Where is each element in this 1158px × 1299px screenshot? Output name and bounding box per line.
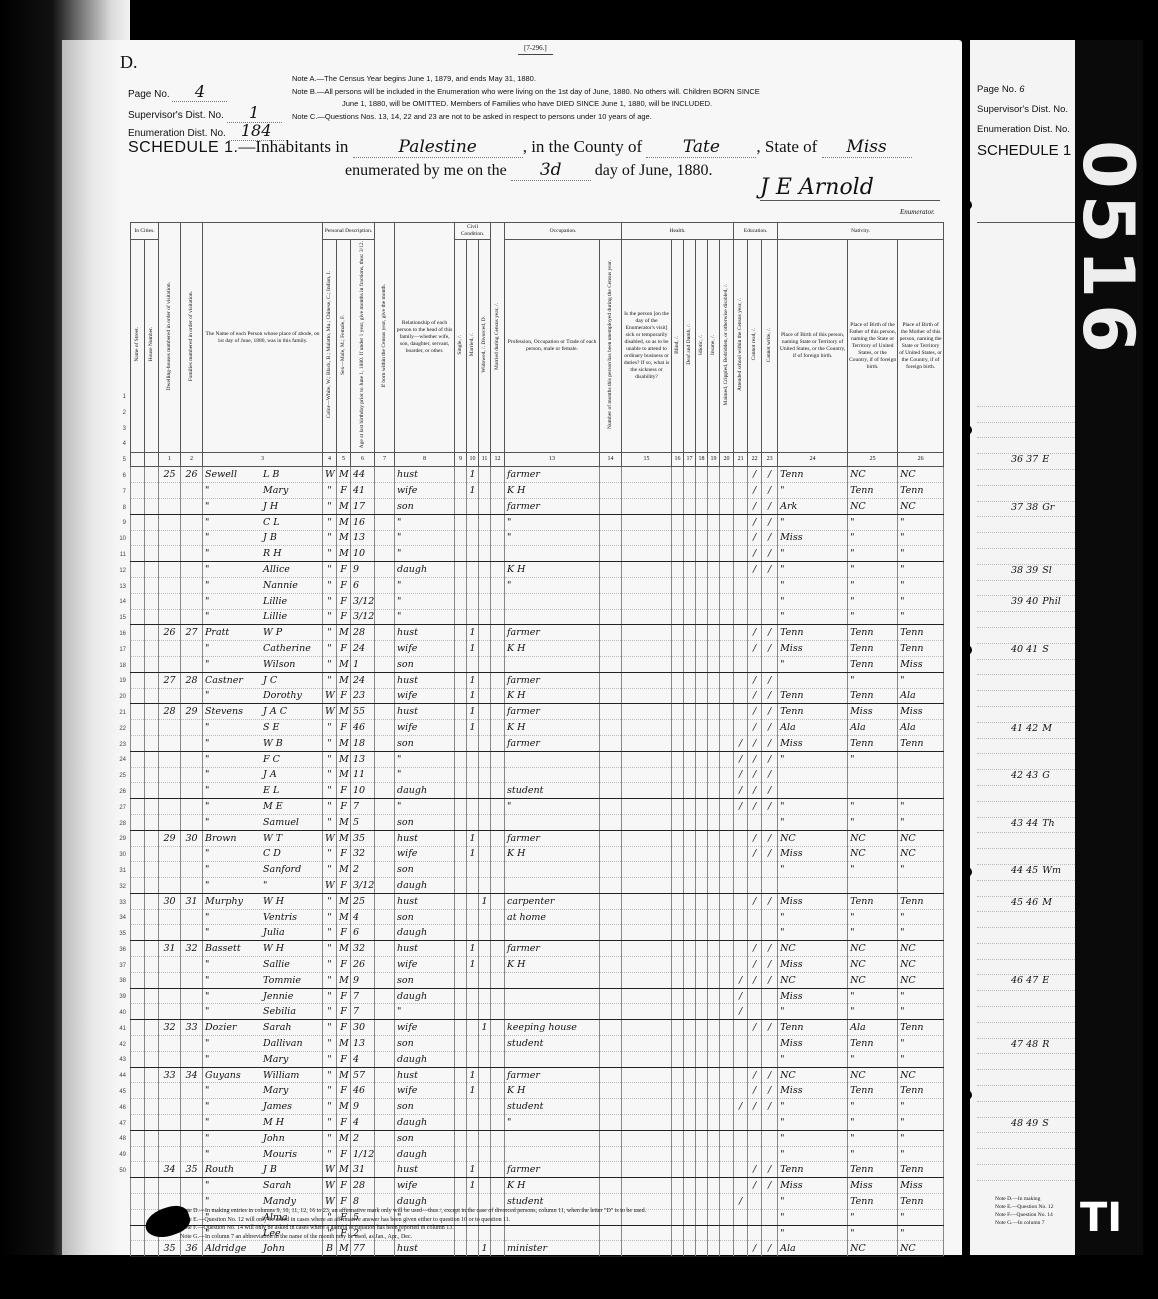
person-name: "Wilson xyxy=(203,656,323,672)
cell-read: / xyxy=(748,783,762,799)
cell-blind xyxy=(672,672,684,688)
cell-mother: " xyxy=(898,988,944,1004)
cell-blank xyxy=(131,830,145,846)
cell-maimed xyxy=(720,1051,734,1067)
cell-deaf xyxy=(684,830,696,846)
header-street: Name of Street. xyxy=(131,240,145,453)
cell-sickness xyxy=(622,1115,672,1131)
cell-deaf xyxy=(684,1036,696,1052)
cell-deaf xyxy=(684,672,696,688)
cell-widowed xyxy=(479,625,491,641)
cell-relation: daugh xyxy=(395,925,455,941)
cell-idiotic xyxy=(696,972,708,988)
cell-married-year xyxy=(491,893,505,909)
cell-read xyxy=(748,656,762,672)
cell-sickness xyxy=(622,593,672,609)
cell-married-year xyxy=(491,546,505,562)
day-value: 3d xyxy=(511,160,591,181)
cell-relation: son xyxy=(395,735,455,751)
person-name: RouthJ B xyxy=(203,1162,323,1178)
cell-relation: hust xyxy=(395,941,455,957)
cell-color: W xyxy=(323,688,337,704)
cell-blank xyxy=(131,1194,145,1210)
cell-color: " xyxy=(323,1036,337,1052)
cell-widowed xyxy=(479,846,491,862)
cell-relation: wife xyxy=(395,720,455,736)
cell-idiotic xyxy=(696,498,708,514)
cell-sickness xyxy=(622,972,672,988)
cell-maimed xyxy=(720,1178,734,1194)
line-number: 21 xyxy=(112,706,126,722)
person-name: BrownW T xyxy=(203,830,323,846)
cell-write: / xyxy=(762,735,778,751)
cell-read xyxy=(748,862,762,878)
cell-family xyxy=(181,656,203,672)
cell-write: / xyxy=(762,530,778,546)
cell-blank xyxy=(145,1020,159,1036)
cell-birth: Miss xyxy=(778,1178,848,1194)
cell-father: NC xyxy=(848,1067,898,1083)
cell-sickness xyxy=(622,783,672,799)
cell-blank xyxy=(145,925,159,941)
cell-blank xyxy=(145,1241,159,1257)
cell-married-year xyxy=(491,688,505,704)
cell-occupation: minister xyxy=(505,1241,600,1257)
cell-married: 1 xyxy=(467,957,479,973)
group-nativity: Nativity. xyxy=(778,223,944,240)
cell-family xyxy=(181,688,203,704)
table-row: "Mary"F4daugh""" xyxy=(131,1051,949,1067)
cell-blind xyxy=(672,972,684,988)
cell-dwelling: 34 xyxy=(159,1162,181,1178)
cell-married xyxy=(467,909,479,925)
cell-age: 13 xyxy=(351,1036,375,1052)
cell-single xyxy=(455,1130,467,1146)
note-b-cont: June 1, 1880, will be OMITTED. Members o… xyxy=(292,98,760,111)
cell-widowed xyxy=(479,735,491,751)
cell-family xyxy=(181,1004,203,1020)
cell-maimed xyxy=(720,751,734,767)
line-number: 28 xyxy=(112,817,126,833)
cell-unemployed xyxy=(600,593,622,609)
cell-color: W xyxy=(323,1178,337,1194)
cell-dwelling xyxy=(159,656,181,672)
cell-father: NC xyxy=(848,957,898,973)
cell-single xyxy=(455,1162,467,1178)
line-number: 10 xyxy=(112,532,126,548)
cell-unemployed xyxy=(600,625,622,641)
enumeration-date-line: enumerated by me on the 3d day of June, … xyxy=(345,160,712,181)
cell-read: / xyxy=(748,672,762,688)
cell-family xyxy=(181,514,203,530)
cell-dwelling xyxy=(159,483,181,499)
cell-color: " xyxy=(323,546,337,562)
cell-father: " xyxy=(848,751,898,767)
cell-blind xyxy=(672,625,684,641)
cell-insane xyxy=(708,1083,720,1099)
adjacent-row xyxy=(977,1102,1075,1118)
cell-idiotic xyxy=(696,720,708,736)
cell-sex: F xyxy=(337,483,351,499)
cell-insane xyxy=(708,1020,720,1036)
cell-dwelling xyxy=(159,530,181,546)
cell-color: " xyxy=(323,846,337,862)
cell-deaf xyxy=(684,562,696,578)
header-maimed: Maimed, Crippled, Bedridden, or otherwis… xyxy=(720,240,734,453)
cell-deaf xyxy=(684,625,696,641)
cell-blind xyxy=(672,546,684,562)
cell-deaf xyxy=(684,988,696,1004)
cell-idiotic xyxy=(696,1051,708,1067)
cell-mother: " xyxy=(898,577,944,593)
cell-relation: wife xyxy=(395,483,455,499)
cell-dwelling xyxy=(159,1178,181,1194)
cell-sickness xyxy=(622,1083,672,1099)
cell-birth: Miss xyxy=(778,1083,848,1099)
adjacent-row xyxy=(977,881,1075,897)
table-row: "C D"F32wife1K H//MissNCNC xyxy=(131,846,949,862)
cell-school xyxy=(734,862,748,878)
cell-married-year xyxy=(491,641,505,657)
cell-sickness xyxy=(622,925,672,941)
cell-idiotic xyxy=(696,593,708,609)
cell-write xyxy=(762,909,778,925)
cell-father: Tenn xyxy=(848,735,898,751)
column-number: 18 xyxy=(696,453,708,467)
cell-married: 1 xyxy=(467,625,479,641)
form-code: [7-296.] xyxy=(518,44,553,55)
cell-maimed xyxy=(720,941,734,957)
column-number: 24 xyxy=(778,453,848,467)
cell-occupation xyxy=(505,972,600,988)
cell-blank xyxy=(145,546,159,562)
cell-single xyxy=(455,909,467,925)
cell-unemployed xyxy=(600,1004,622,1020)
footnote-d: Note D.—In making entries in columns 9, … xyxy=(180,1207,646,1216)
cell-age: 13 xyxy=(351,530,375,546)
cell-unemployed xyxy=(600,862,622,878)
cell-birth-month xyxy=(375,1162,395,1178)
cell-married xyxy=(467,656,479,672)
cell-birth: " xyxy=(778,593,848,609)
cell-sickness xyxy=(622,862,672,878)
cell-insane xyxy=(708,830,720,846)
table-row: "F C"M13"///"" xyxy=(131,751,949,767)
cell-family: 35 xyxy=(181,1162,203,1178)
cell-father: Miss xyxy=(848,704,898,720)
cell-deaf xyxy=(684,1004,696,1020)
cell-family xyxy=(181,577,203,593)
cell-age: 13 xyxy=(351,751,375,767)
cell-unemployed xyxy=(600,498,622,514)
cell-maimed xyxy=(720,546,734,562)
cell-write xyxy=(762,1146,778,1162)
cell-maimed xyxy=(720,814,734,830)
cell-occupation: K H xyxy=(505,957,600,973)
cell-write: / xyxy=(762,688,778,704)
cell-father xyxy=(848,767,898,783)
cell-relation: wife xyxy=(395,1083,455,1099)
cell-maimed xyxy=(720,1209,734,1225)
cell-unemployed xyxy=(600,1036,622,1052)
county-label: , in the County of xyxy=(523,137,642,156)
cell-widowed xyxy=(479,562,491,578)
cell-color: " xyxy=(323,972,337,988)
cell-widowed: 1 xyxy=(479,1020,491,1036)
cell-blank xyxy=(145,972,159,988)
cell-color: " xyxy=(323,609,337,625)
cell-occupation: K H xyxy=(505,720,600,736)
table-row: "R H"M10"//""" xyxy=(131,546,949,562)
cell-maimed xyxy=(720,1225,734,1241)
cell-blind xyxy=(672,925,684,941)
cell-blank xyxy=(145,909,159,925)
cell-birth: Miss xyxy=(778,735,848,751)
line-number: 27 xyxy=(112,801,126,817)
cell-dwelling: 35 xyxy=(159,1241,181,1257)
cell-maimed xyxy=(720,593,734,609)
cell-idiotic xyxy=(696,1194,708,1210)
cell-birth-month xyxy=(375,814,395,830)
adjacent-row xyxy=(977,581,1075,597)
table-row: "J B"M13""//Miss"" xyxy=(131,530,949,546)
table-row: "SarahWF28wife1K H//MissMissMiss xyxy=(131,1178,949,1194)
column-number: 7 xyxy=(375,453,395,467)
cell-write: / xyxy=(762,846,778,862)
cell-widowed xyxy=(479,783,491,799)
cell-blank xyxy=(145,1178,159,1194)
cell-married-year xyxy=(491,593,505,609)
cell-birth xyxy=(778,767,848,783)
cell-sickness xyxy=(622,1020,672,1036)
cell-insane xyxy=(708,972,720,988)
cell-relation: hust xyxy=(395,672,455,688)
cell-married-year xyxy=(491,704,505,720)
cell-unemployed xyxy=(600,988,622,1004)
cell-blind xyxy=(672,641,684,657)
cell-write xyxy=(762,1209,778,1225)
cell-mother: Miss xyxy=(898,704,944,720)
cell-birth-month xyxy=(375,957,395,973)
cell-blank xyxy=(131,972,145,988)
cell-birth: " xyxy=(778,925,848,941)
cell-birth-month xyxy=(375,846,395,862)
cell-blank xyxy=(145,1099,159,1115)
cell-blank xyxy=(131,1051,145,1067)
cell-married-year xyxy=(491,988,505,1004)
group-in-cities: In Cities. xyxy=(131,223,159,240)
cell-unemployed xyxy=(600,1178,622,1194)
cell-write: / xyxy=(762,972,778,988)
cell-blank xyxy=(131,1004,145,1020)
cell-family: 30 xyxy=(181,830,203,846)
cell-birth-month xyxy=(375,577,395,593)
person-name: "Sebilia xyxy=(203,1004,323,1020)
cell-sex: F xyxy=(337,1146,351,1162)
cell-sex: F xyxy=(337,641,351,657)
cell-occupation: farmer xyxy=(505,1162,600,1178)
line-number: 6 xyxy=(112,469,126,485)
cell-school: / xyxy=(734,783,748,799)
cell-birth: Miss xyxy=(778,988,848,1004)
cell-insane xyxy=(708,514,720,530)
cell-write: / xyxy=(762,1020,778,1036)
cell-relation: hust xyxy=(395,1162,455,1178)
cell-relation: son xyxy=(395,972,455,988)
cell-color: " xyxy=(323,498,337,514)
column-number: 17 xyxy=(684,453,696,467)
cell-dwelling: 31 xyxy=(159,941,181,957)
cell-blank xyxy=(145,862,159,878)
cell-birth-month xyxy=(375,656,395,672)
line-number: 35 xyxy=(112,927,126,943)
footnote-g: Note G.—In column 7 an abbreviation in t… xyxy=(180,1233,646,1242)
line-number: 41 xyxy=(112,1022,126,1038)
cell-blank xyxy=(131,767,145,783)
cell-unemployed xyxy=(600,846,622,862)
cell-color: " xyxy=(323,1051,337,1067)
column-number: 25 xyxy=(848,453,898,467)
cell-relation: hust xyxy=(395,625,455,641)
cell-father xyxy=(848,783,898,799)
cell-insane xyxy=(708,467,720,483)
state-label: , State of xyxy=(756,137,817,156)
table-row: "Mouris"F1/12daugh""" xyxy=(131,1146,949,1162)
cell-occupation xyxy=(505,1130,600,1146)
line-number: 19 xyxy=(112,674,126,690)
cell-married-year xyxy=(491,878,505,894)
cell-single xyxy=(455,1178,467,1194)
cell-father: NC xyxy=(848,941,898,957)
cell-blank xyxy=(145,830,159,846)
cell-sex: M xyxy=(337,546,351,562)
header-cannot-write: Cannot write, /. xyxy=(762,240,778,453)
cell-blank xyxy=(131,1020,145,1036)
cell-maimed xyxy=(720,957,734,973)
cell-idiotic xyxy=(696,878,708,894)
cell-school xyxy=(734,1209,748,1225)
cell-single xyxy=(455,1083,467,1099)
cell-maimed xyxy=(720,1099,734,1115)
cell-married xyxy=(467,1020,479,1036)
cell-sickness xyxy=(622,1162,672,1178)
cell-sex: M xyxy=(337,941,351,957)
cell-insane xyxy=(708,1225,720,1241)
cell-married-year xyxy=(491,862,505,878)
cell-relation: hust xyxy=(395,830,455,846)
cell-write xyxy=(762,1004,778,1020)
cell-married-year xyxy=(491,799,505,815)
cell-unemployed xyxy=(600,1162,622,1178)
cell-relation: " xyxy=(395,767,455,783)
header-age: Age at last birthday prior to June 1, 18… xyxy=(351,240,375,453)
cell-single xyxy=(455,704,467,720)
binder-hole xyxy=(962,200,972,210)
line-number: 38 xyxy=(112,974,126,990)
adjacent-row: 41 42M xyxy=(977,723,1075,739)
cell-deaf xyxy=(684,1162,696,1178)
cell-blank xyxy=(131,862,145,878)
cell-occupation xyxy=(505,1004,600,1020)
cell-sickness xyxy=(622,830,672,846)
cell-family xyxy=(181,1051,203,1067)
cell-birth: " xyxy=(778,1115,848,1131)
cell-blind xyxy=(672,1194,684,1210)
cell-blank xyxy=(131,1099,145,1115)
cell-blind xyxy=(672,498,684,514)
adjacent-row xyxy=(977,407,1075,423)
adjacent-row: 38 39Sl xyxy=(977,565,1075,581)
cell-color: W xyxy=(323,1162,337,1178)
cell-occupation: K H xyxy=(505,688,600,704)
line-number: 23 xyxy=(112,738,126,754)
cell-write: / xyxy=(762,514,778,530)
cell-family xyxy=(181,735,203,751)
cell-sickness xyxy=(622,609,672,625)
cell-family xyxy=(181,862,203,878)
cell-read: / xyxy=(748,1083,762,1099)
cell-blind xyxy=(672,1067,684,1083)
cell-relation: " xyxy=(395,751,455,767)
adjacent-row xyxy=(977,802,1075,818)
cell-mother xyxy=(898,783,944,799)
cell-maimed xyxy=(720,514,734,530)
cell-family xyxy=(181,1115,203,1131)
cell-birth-month xyxy=(375,783,395,799)
cell-dwelling xyxy=(159,641,181,657)
cell-read: / xyxy=(748,498,762,514)
table-row: "James"M9sonstudent///""" xyxy=(131,1099,949,1115)
cell-insane xyxy=(708,530,720,546)
cell-sex: M xyxy=(337,467,351,483)
cell-insane xyxy=(708,672,720,688)
cell-idiotic xyxy=(696,1067,708,1083)
cell-married-year xyxy=(491,530,505,546)
table-row: 2930BrownW TWM35hust1farmer//NCNCNC xyxy=(131,830,949,846)
cell-school xyxy=(734,593,748,609)
cell-unemployed xyxy=(600,467,622,483)
cell-read: / xyxy=(748,799,762,815)
cell-birth: Miss xyxy=(778,846,848,862)
adjacent-row xyxy=(977,849,1075,865)
cell-dwelling: 33 xyxy=(159,1067,181,1083)
cell-school xyxy=(734,641,748,657)
cell-family: 29 xyxy=(181,704,203,720)
cell-relation: " xyxy=(395,530,455,546)
cell-dwelling xyxy=(159,925,181,941)
cell-blank xyxy=(131,483,145,499)
cell-write: / xyxy=(762,625,778,641)
cell-read: / xyxy=(748,1099,762,1115)
cell-family xyxy=(181,1146,203,1162)
cell-insane xyxy=(708,720,720,736)
cell-maimed xyxy=(720,498,734,514)
cell-read: / xyxy=(748,625,762,641)
cell-idiotic xyxy=(696,514,708,530)
cell-married xyxy=(467,972,479,988)
person-name: "J H xyxy=(203,498,323,514)
cell-age: 30 xyxy=(351,1020,375,1036)
cell-read xyxy=(748,577,762,593)
cell-blank xyxy=(131,783,145,799)
cell-read: / xyxy=(748,1162,762,1178)
cell-occupation xyxy=(505,988,600,1004)
cell-family xyxy=(181,1099,203,1115)
table-row: 3233DozierSarah"F30wife1keeping house//T… xyxy=(131,1020,949,1036)
cell-birth-month xyxy=(375,1130,395,1146)
cell-family xyxy=(181,988,203,1004)
adjacent-row: 47 48R xyxy=(977,1039,1075,1055)
